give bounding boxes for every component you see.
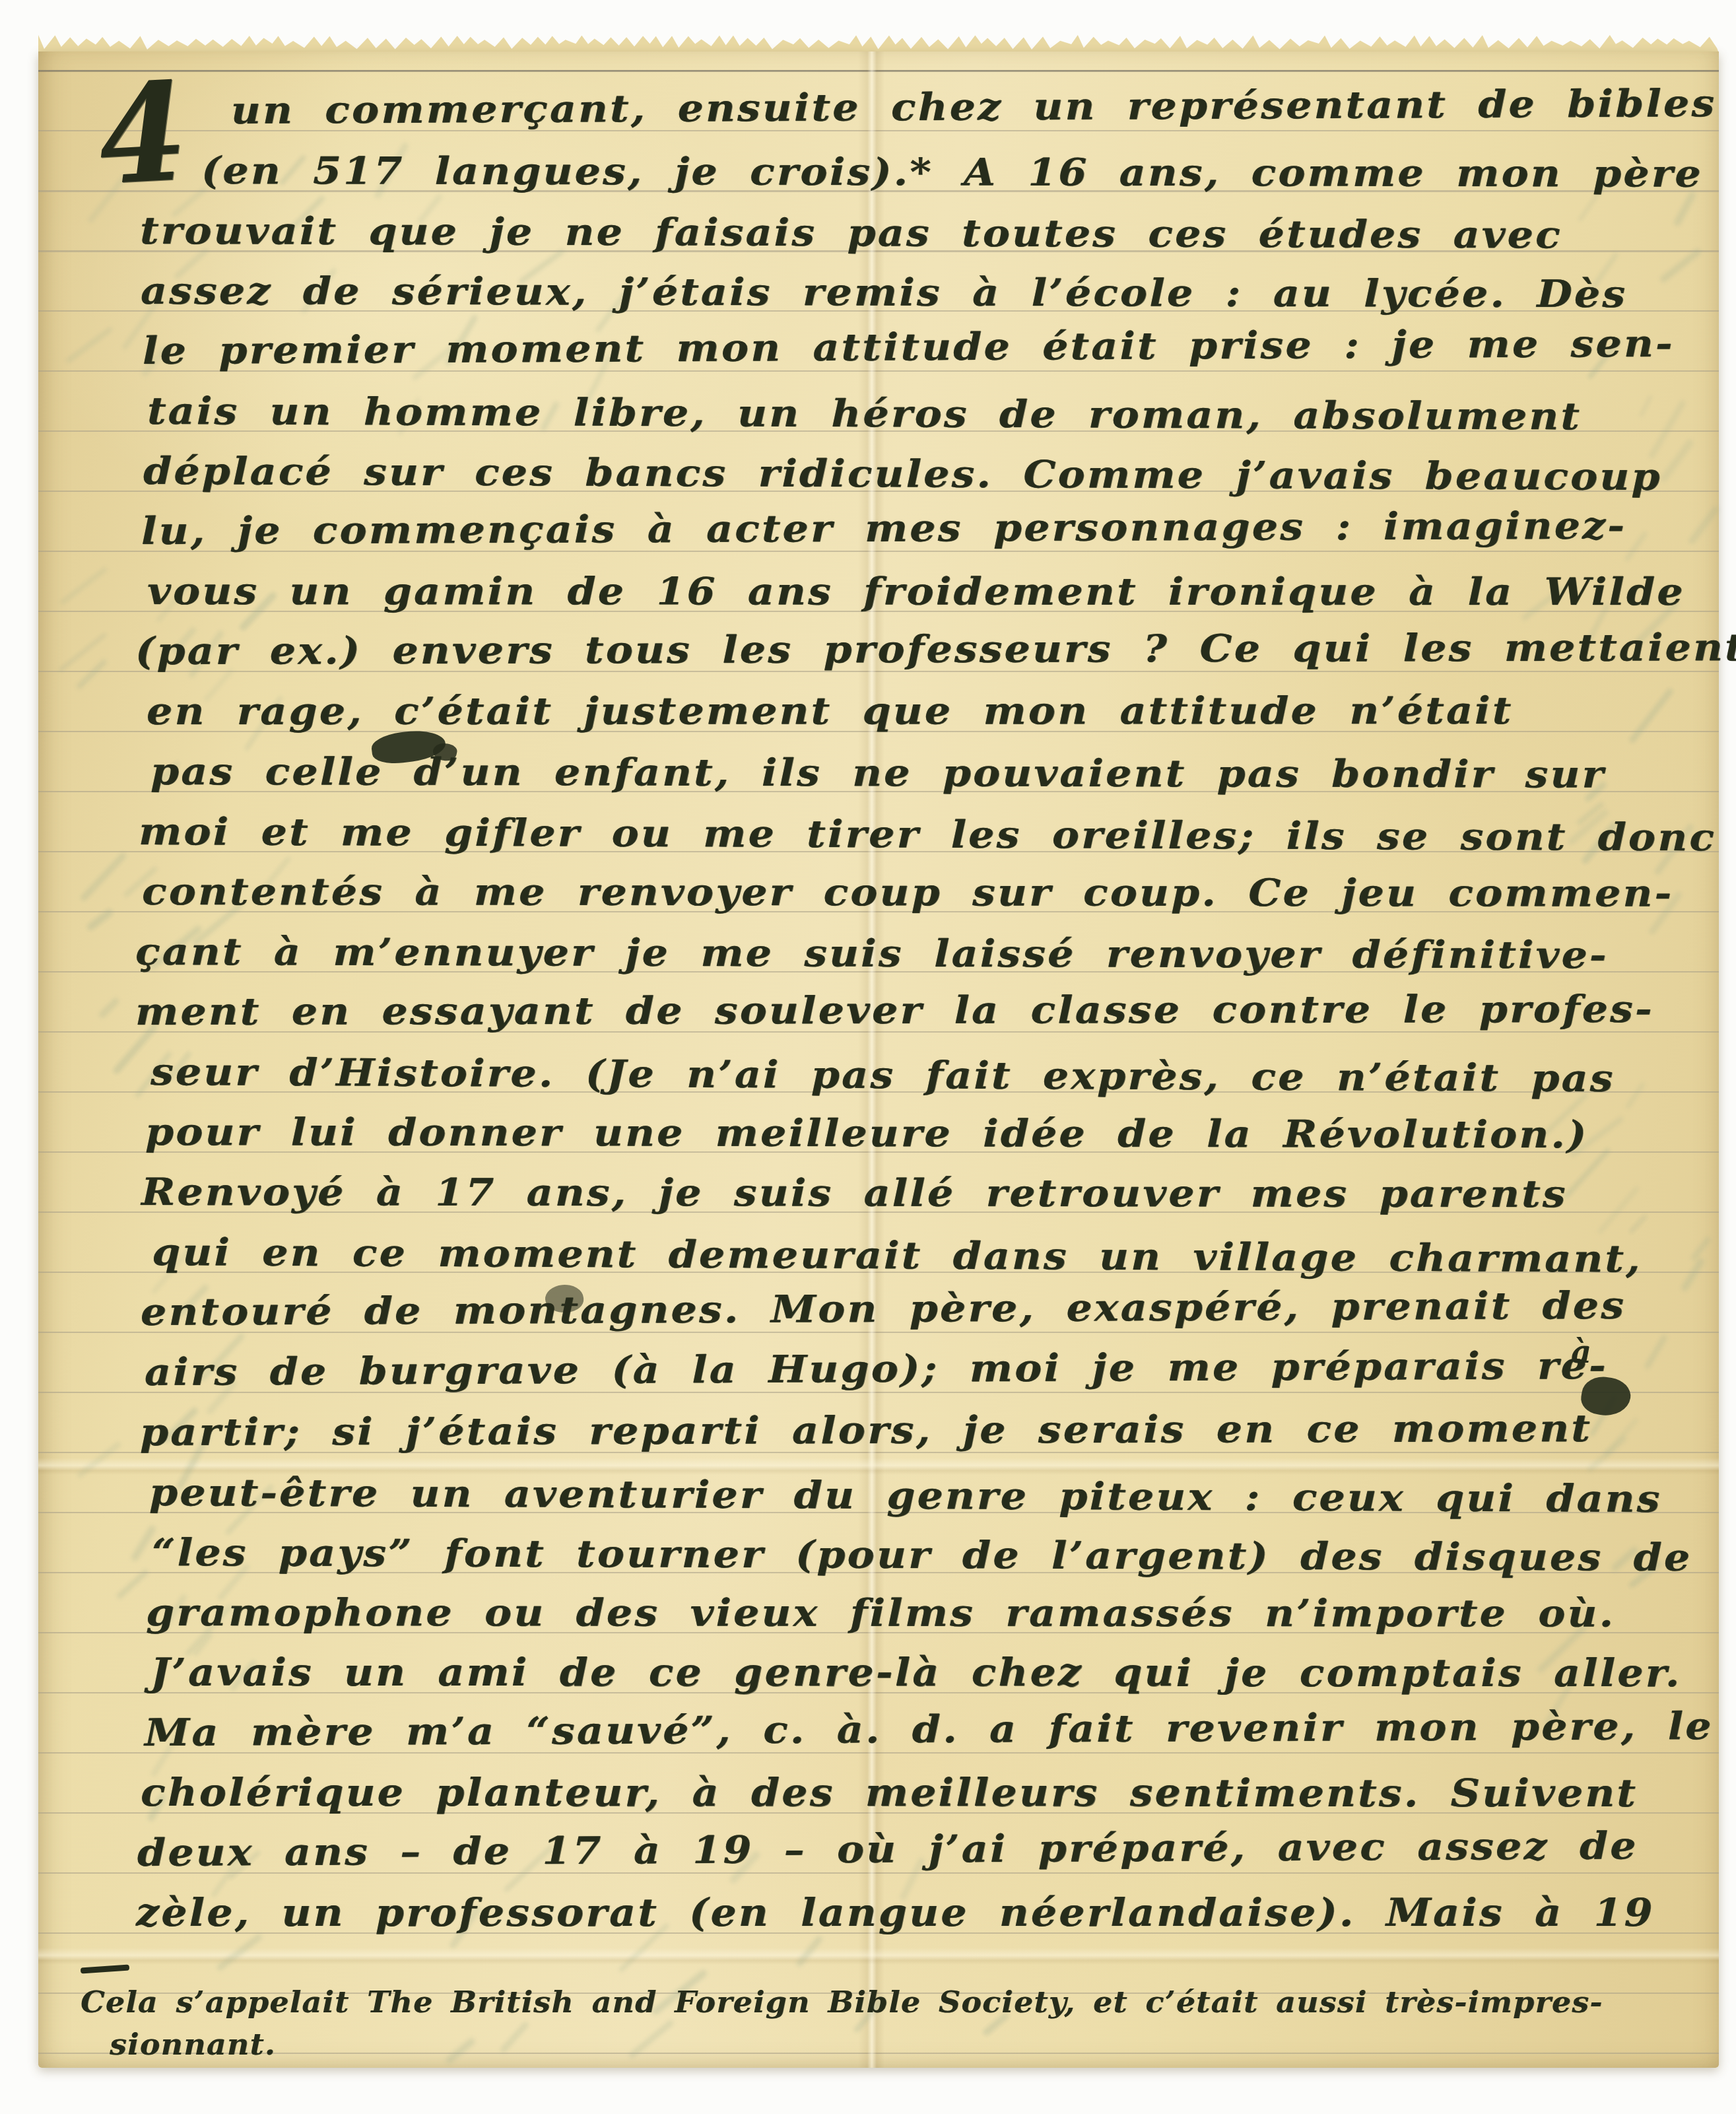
handwritten-line: Renvoyé à 17 ans, je suis allé retrouver… xyxy=(141,1162,1736,1225)
handwritten-line: “les pays” font tourner (pour de l’argen… xyxy=(151,1522,1736,1588)
handwritten-line: lu, je commençais à acter mes personnage… xyxy=(141,494,1736,561)
handwritten-line: tais un homme libre, un héros de roman, … xyxy=(147,381,1736,448)
handwritten-line: gramophone ou des vieux films ramassés n… xyxy=(146,1583,1736,1644)
handwritten-line: vous un gamin de 16 ans froidement ironi… xyxy=(147,561,1736,622)
torn-edge xyxy=(38,33,1719,53)
handwritten-line: en rage, c’était justement que mon attit… xyxy=(147,681,1736,741)
handwritten-line: contentés à me renvoyer coup sur coup. C… xyxy=(142,862,1736,924)
handwritten-line: entouré de montagnes. Mon père, exaspéré… xyxy=(141,1274,1736,1342)
page-number: 4 xyxy=(96,64,190,204)
handwritten-line: airs de burgrave (à la Hugo); moi je me … xyxy=(145,1334,1736,1402)
handwritten-line: seur d’Histoire. (Je n’ai pas fait exprè… xyxy=(150,1042,1736,1110)
footnote-line: sionnant. xyxy=(110,2024,276,2066)
handwritten-line: deux ans – de 17 à 19 – où j’ai préparé,… xyxy=(137,1815,1736,1883)
handwritten-line: zèle, un professorat (en langue néerland… xyxy=(136,1883,1736,1943)
horizontal-fold-crease xyxy=(38,1948,1719,1965)
inserted-correction-text: à xyxy=(1571,1334,1591,1371)
handwritten-line: (en 517 langues, je crois).* A 16 ans, c… xyxy=(201,141,1736,204)
handwritten-line: ment en essayant de soulever la classe c… xyxy=(135,978,1736,1042)
letter-paper: un commerçant, ensuite chez un représent… xyxy=(38,51,1719,2068)
handwritten-line: partir; si j’étais reparti alors, je ser… xyxy=(140,1398,1736,1462)
handwritten-line: pour lui donner une meilleure idée de la… xyxy=(145,1102,1736,1165)
manuscript: un commerçant, ensuite chez un représent… xyxy=(139,81,1716,1943)
handwritten-line: çant à m’ennuyer je me suis laissé renvo… xyxy=(135,922,1736,986)
handwritten-line: un commerçant, ensuite chez un représent… xyxy=(231,73,1736,141)
handwritten-line: J’avais un ami de ce genre-là chez qui j… xyxy=(150,1643,1736,1703)
handwritten-line: peut-être un aventurier du genre piteux … xyxy=(149,1462,1736,1530)
handwritten-line: cholérique planteur, à des meilleurs sen… xyxy=(141,1763,1736,1824)
footnote-line: Cela s’appelait The British and Foreign … xyxy=(81,1982,1603,2024)
torn-edge-shape xyxy=(38,35,1719,53)
handwritten-line: le premier moment mon attitude était pri… xyxy=(143,313,1736,381)
scanned-letter-page: { "document": { "page_number": "4", "bod… xyxy=(0,0,1736,2114)
handwritten-line: moi et me gifler ou me tirer les oreille… xyxy=(139,801,1736,868)
handwritten-line: trouvait que je ne faisais pas toutes ce… xyxy=(140,201,1736,266)
handwritten-line: (par ex.) envers tous les professeurs ? … xyxy=(135,617,1736,681)
handwritten-line: Ma mère m’a “sauvé”, c. à. d. a fait rev… xyxy=(145,1695,1736,1763)
